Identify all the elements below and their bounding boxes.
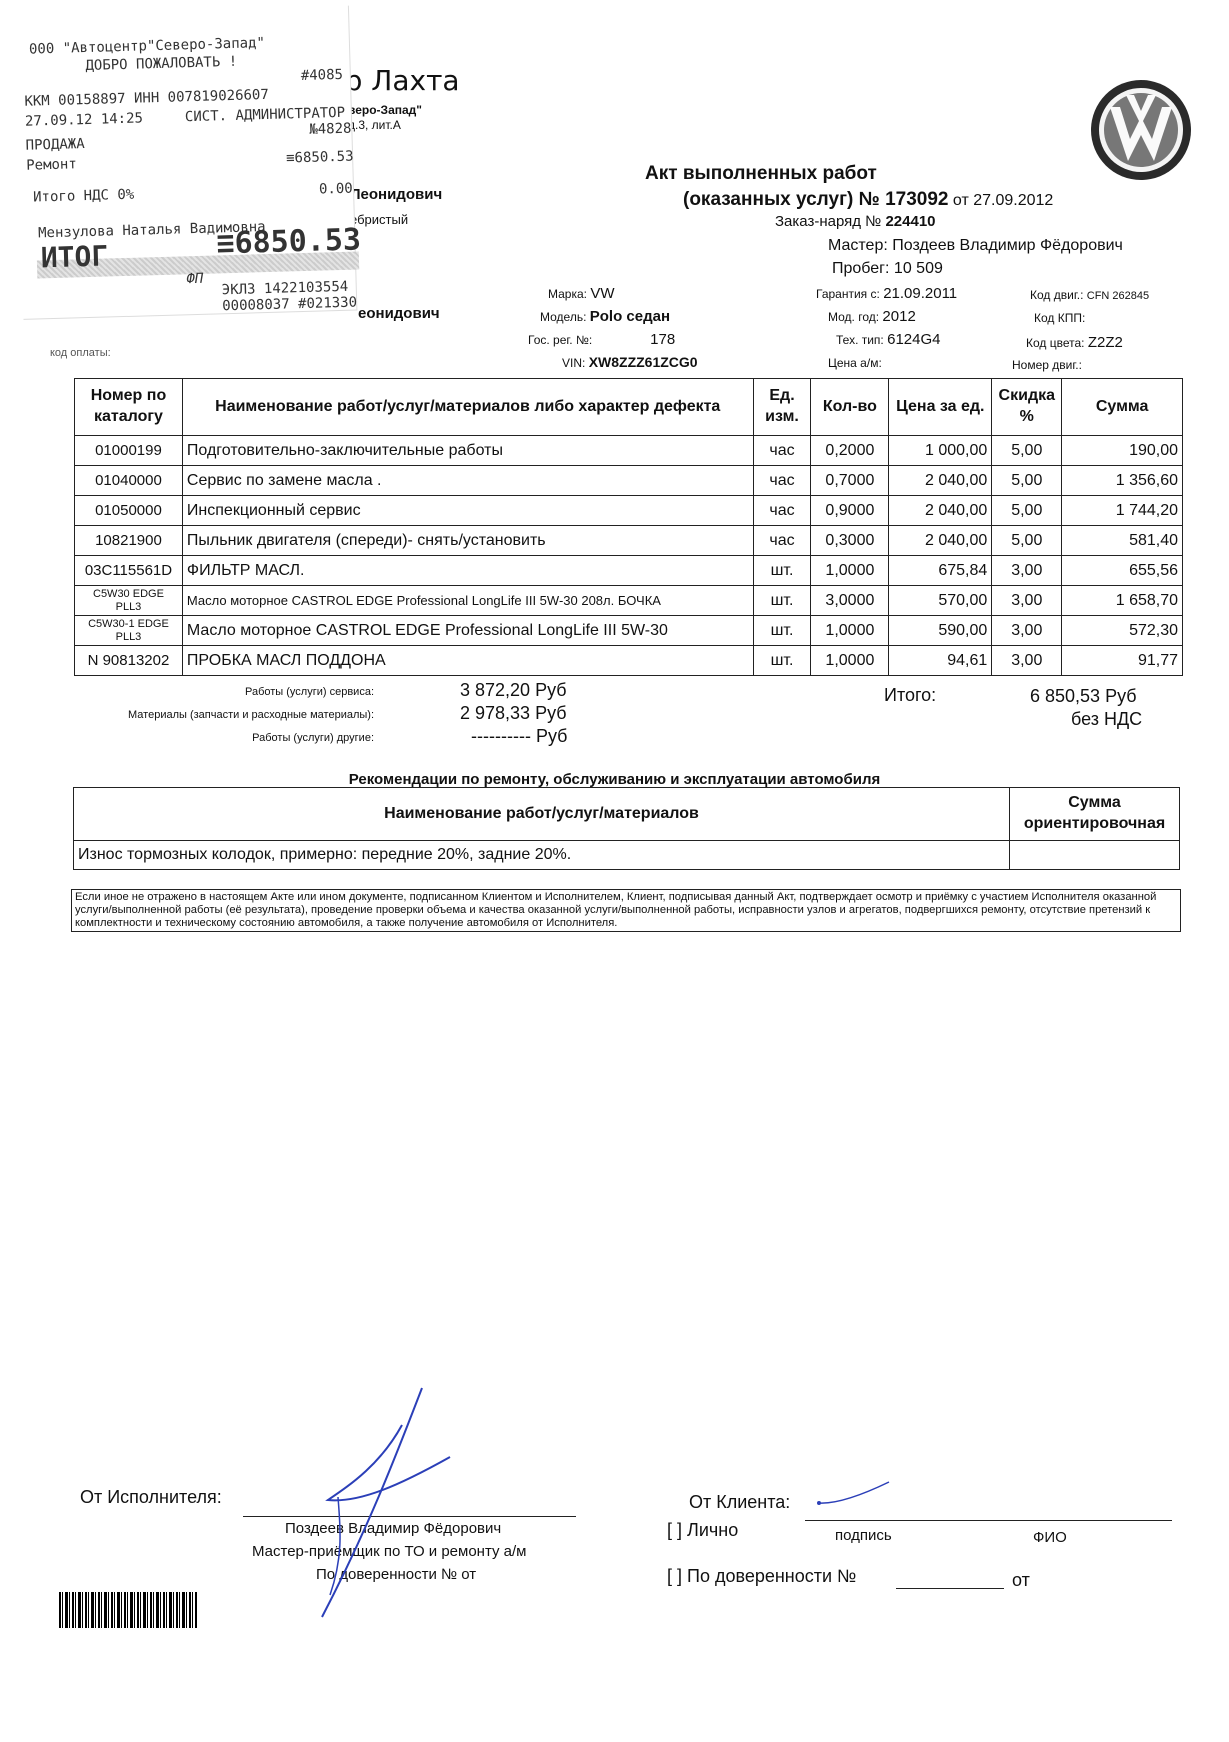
personally-checkbox[interactable]: [ ] Лично bbox=[667, 1520, 738, 1541]
cell-sum: 91,77 bbox=[1062, 646, 1183, 676]
cell-discount: 5,00 bbox=[992, 436, 1062, 466]
car-price-field: Цена а/м: bbox=[828, 356, 882, 370]
receipt-operation: ПРОДАЖА bbox=[25, 136, 84, 154]
cell-discount: 5,00 bbox=[992, 526, 1062, 556]
receipt-number: #4085 bbox=[301, 67, 344, 84]
cell-discount: 3,00 bbox=[992, 586, 1062, 616]
table-row: N 90813202ПРОБКА МАСЛ ПОДДОНАшт.1,000094… bbox=[75, 646, 1183, 676]
engine-number-label: Номер двиг.: bbox=[1012, 358, 1082, 372]
table-row: C5W30-1 EDGE PLL3Масло моторное CASTROL … bbox=[75, 616, 1183, 646]
materials-total-label: Материалы (запчасти и расходные материал… bbox=[74, 709, 374, 721]
work-order-number: 224410 bbox=[885, 213, 935, 230]
tech-type-label: Тех. тип: bbox=[836, 333, 884, 347]
cell-catalog-number: 03C115561D bbox=[75, 556, 183, 586]
table-header-row: Номер по каталогу Наименование работ/усл… bbox=[75, 379, 1183, 436]
cash-receipt: 000 "Автоцентр"Северо-Запад" ДОБРО ПОЖАЛ… bbox=[14, 5, 356, 319]
executor-label: От Исполнителя: bbox=[80, 1487, 222, 1508]
make-label: Марка: bbox=[548, 287, 587, 301]
table-row: 03C115561DФИЛЬТР МАСЛ.шт.1,0000675,843,0… bbox=[75, 556, 1183, 586]
year-field: Мод. год: 2012 bbox=[828, 308, 916, 325]
act-number: 173092 bbox=[885, 189, 948, 210]
receipt-kkm: ККМ 00158897 ИНН 007819026607 bbox=[24, 87, 269, 110]
reg-label: Гос. рег. №: bbox=[528, 333, 592, 347]
tech-type-value: 6124G4 bbox=[887, 331, 940, 348]
other-total-label: Работы (услуги) другие: bbox=[74, 732, 374, 744]
receipt-fp: ФП bbox=[186, 271, 203, 287]
warranty-field: Гарантия с: 21.09.2011 bbox=[816, 285, 957, 302]
rec-name: Износ тормозных колодок, примерно: перед… bbox=[74, 841, 1010, 870]
make-value: VW bbox=[590, 285, 614, 302]
vin-label: VIN: bbox=[562, 356, 585, 370]
engine-code-label: Код двиг.: bbox=[1030, 288, 1083, 302]
rec-col-name: Наименование работ/услуг/материалов bbox=[74, 788, 1010, 841]
col-description: Наименование работ/услуг/материалов либо… bbox=[182, 379, 753, 436]
recommendations-header-row: Наименование работ/услуг/материалов Сумм… bbox=[74, 788, 1180, 841]
cell-unit: шт. bbox=[753, 556, 811, 586]
cell-quantity: 1,0000 bbox=[811, 616, 889, 646]
car-price-label: Цена а/м: bbox=[828, 356, 882, 370]
color-code-label: Код цвета: bbox=[1026, 336, 1085, 350]
cell-sum: 190,00 bbox=[1062, 436, 1183, 466]
executor-signature-icon bbox=[300, 1385, 460, 1625]
receipt-vat-amount: 0.00 bbox=[319, 181, 353, 198]
cell-discount: 5,00 bbox=[992, 466, 1062, 496]
cell-quantity: 3,0000 bbox=[811, 586, 889, 616]
cell-description: Подготовительно-заключительные работы bbox=[182, 436, 753, 466]
poa-number-line bbox=[896, 1588, 1004, 1589]
table-row: 01050000Инспекционный сервисчас0,90002 0… bbox=[75, 496, 1183, 526]
cell-description: Масло моторное CASTROL EDGE Professional… bbox=[182, 616, 753, 646]
engine-number-field: Номер двиг.: bbox=[1012, 358, 1082, 372]
signature-caption: подпись bbox=[835, 1527, 892, 1544]
cell-description: Сервис по замене масла . bbox=[182, 466, 753, 496]
master-value: Поздеев Владимир Фёдорович bbox=[892, 237, 1123, 254]
receipt-total-label: ИТОГ bbox=[40, 239, 108, 274]
cell-unit-price: 94,61 bbox=[889, 646, 992, 676]
document-subtitle: (оказанных услуг) № 173092 от 27.09.2012 bbox=[683, 189, 1053, 211]
table-row: 01040000Сервис по замене масла .час0,700… bbox=[75, 466, 1183, 496]
reg-field: Гос. рег. №:178 bbox=[528, 331, 675, 348]
gearbox-label: Код КПП: bbox=[1034, 311, 1085, 325]
cell-quantity: 1,0000 bbox=[811, 646, 889, 676]
cell-description: Инспекционный сервис bbox=[182, 496, 753, 526]
rec-col-sum: Сумма ориентировочная bbox=[1010, 788, 1180, 841]
col-unit: Ед. изм. bbox=[753, 379, 811, 436]
model-label: Модель: bbox=[540, 310, 586, 324]
disclaimer: Если иное не отражено в настоящем Акте и… bbox=[71, 889, 1181, 932]
client-name: Леонидович bbox=[350, 186, 442, 203]
service-total-value: 3 872,20 Руб bbox=[460, 680, 567, 701]
materials-total-value: 2 978,33 Руб bbox=[460, 703, 567, 724]
recommendations-table: Наименование работ/услуг/материалов Сумм… bbox=[73, 787, 1180, 870]
cell-sum: 1 356,60 bbox=[1062, 466, 1183, 496]
receipt-welcome: ДОБРО ПОЖАЛОВАТЬ ! bbox=[85, 54, 237, 74]
engine-code-value: CFN 262845 bbox=[1087, 290, 1149, 302]
cell-quantity: 0,3000 bbox=[811, 526, 889, 556]
master-field: Мастер: Поздеев Владимир Фёдорович bbox=[828, 237, 1123, 255]
vat-note: без НДС bbox=[1071, 709, 1142, 730]
cell-catalog-number: C5W30 EDGE PLL3 bbox=[75, 586, 183, 616]
cell-sum: 572,30 bbox=[1062, 616, 1183, 646]
cell-description: Пыльник двигателя (спереди)- снять/устан… bbox=[182, 526, 753, 556]
cell-discount: 5,00 bbox=[992, 496, 1062, 526]
year-value: 2012 bbox=[882, 308, 915, 325]
work-order: Заказ-наряд № 224410 bbox=[775, 213, 936, 230]
company-legal-name: веро-Запад" bbox=[348, 103, 422, 117]
cell-catalog-number: C5W30-1 EDGE PLL3 bbox=[75, 616, 183, 646]
work-order-label: Заказ-наряд № bbox=[775, 213, 885, 230]
cell-unit: шт. bbox=[753, 616, 811, 646]
receipt-total-amount: ≡6850.53 bbox=[216, 222, 361, 261]
cell-unit: шт. bbox=[753, 646, 811, 676]
col-quantity: Кол-во bbox=[811, 379, 889, 436]
cell-unit-price: 590,00 bbox=[889, 616, 992, 646]
cell-description: Масло моторное CASTROL EDGE Professional… bbox=[182, 586, 753, 616]
col-sum: Сумма bbox=[1062, 379, 1183, 436]
vw-logo-icon bbox=[1088, 77, 1194, 183]
color-code-value: Z2Z2 bbox=[1088, 334, 1123, 351]
receipt-vat-label: Итого НДС 0% bbox=[33, 187, 135, 206]
cell-discount: 3,00 bbox=[992, 646, 1062, 676]
cell-catalog-number: 10821900 bbox=[75, 526, 183, 556]
works-table: Номер по каталогу Наименование работ/усл… bbox=[74, 378, 1183, 676]
document-title: Акт выполненных работ bbox=[645, 163, 877, 185]
other-total-value: ---------- Руб bbox=[471, 726, 567, 747]
mileage-label: Пробег: bbox=[832, 260, 889, 278]
barcode-icon bbox=[59, 1592, 197, 1628]
warranty-value: 21.09.2011 bbox=[883, 285, 957, 302]
recommendation-row: Износ тормозных колодок, примерно: перед… bbox=[74, 841, 1180, 870]
cell-unit: час bbox=[753, 466, 811, 496]
mileage-field: Пробег: 10 509 bbox=[832, 260, 943, 278]
client-signature-line bbox=[805, 1520, 1172, 1521]
engine-code-field: Код двиг.: CFN 262845 bbox=[1030, 288, 1149, 302]
make-field: Марка: VW bbox=[548, 285, 615, 302]
cell-unit-price: 1 000,00 bbox=[889, 436, 992, 466]
cell-unit: шт. bbox=[753, 586, 811, 616]
cell-sum: 1 658,70 bbox=[1062, 586, 1183, 616]
receipt-item-amount: ≡6850.53 bbox=[286, 149, 354, 167]
recommendations-title: Рекомендации по ремонту, обслуживанию и … bbox=[0, 771, 1229, 788]
service-total-label: Работы (услуги) сервиса: bbox=[74, 686, 374, 698]
col-catalog: Номер по каталогу bbox=[75, 379, 183, 436]
cell-unit: час bbox=[753, 436, 811, 466]
cell-catalog-number: 01050000 bbox=[75, 496, 183, 526]
receipt-eklz-number: 00008037 #021330 bbox=[222, 295, 357, 315]
vin-value: XW8ZZZ61ZCG0 bbox=[589, 354, 698, 370]
cell-unit-price: 675,84 bbox=[889, 556, 992, 586]
cell-catalog-number: 01040000 bbox=[75, 466, 183, 496]
cell-unit-price: 2 040,00 bbox=[889, 496, 992, 526]
col-discount: Скидка % bbox=[992, 379, 1062, 436]
vin-field: VIN: XW8ZZZ61ZCG0 bbox=[562, 354, 698, 370]
poa-from: от bbox=[1012, 1570, 1030, 1591]
tech-type-field: Тех. тип: 6124G4 bbox=[836, 331, 941, 348]
cell-sum: 655,56 bbox=[1062, 556, 1183, 586]
receipt-item-label: Ремонт bbox=[26, 156, 77, 173]
payment-code-label: код оплаты: bbox=[50, 347, 111, 359]
cell-discount: 3,00 bbox=[992, 616, 1062, 646]
cell-description: ФИЛЬТР МАСЛ. bbox=[182, 556, 753, 586]
cell-catalog-number: 01000199 bbox=[75, 436, 183, 466]
color-code-field: Код цвета: Z2Z2 bbox=[1026, 334, 1123, 351]
fio-caption: ФИО bbox=[1033, 1529, 1067, 1546]
table-row: C5W30 EDGE PLL3Масло моторное CASTROL ED… bbox=[75, 586, 1183, 616]
receipt-doc-number: №4828 bbox=[309, 121, 352, 138]
act-date: от 27.09.2012 bbox=[948, 192, 1053, 209]
rec-sum bbox=[1010, 841, 1180, 870]
cell-unit: час bbox=[753, 496, 811, 526]
model-field: Модель: Polo седан bbox=[540, 308, 670, 325]
cell-catalog-number: N 90813202 bbox=[75, 646, 183, 676]
client-signature-icon bbox=[815, 1478, 895, 1508]
company-address: д.3, лит.А bbox=[348, 118, 401, 132]
cell-unit-price: 570,00 bbox=[889, 586, 992, 616]
cell-unit: час bbox=[753, 526, 811, 556]
table-row: 01000199Подготовительно-заключительные р… bbox=[75, 436, 1183, 466]
cell-description: ПРОБКА МАСЛ ПОДДОНА bbox=[182, 646, 753, 676]
table-row: 10821900Пыльник двигателя (спереди)- сня… bbox=[75, 526, 1183, 556]
grand-total-label: Итого: bbox=[884, 685, 936, 706]
client-label: От Клиента: bbox=[689, 1492, 790, 1513]
poa-checkbox[interactable]: [ ] По доверенности № bbox=[667, 1566, 856, 1587]
mileage-value: 10 509 bbox=[894, 260, 943, 277]
col-unit-price: Цена за ед. bbox=[889, 379, 992, 436]
receipt-datetime: 27.09.12 14:25 bbox=[25, 110, 143, 129]
cell-quantity: 0,9000 bbox=[811, 496, 889, 526]
master-label: Мастер: bbox=[828, 237, 888, 255]
cell-unit-price: 2 040,00 bbox=[889, 466, 992, 496]
year-label: Мод. год: bbox=[828, 310, 879, 324]
cell-sum: 1 744,20 bbox=[1062, 496, 1183, 526]
payer-name: еонидович bbox=[358, 305, 440, 322]
cell-sum: 581,40 bbox=[1062, 526, 1183, 556]
gearbox-field: Код КПП: bbox=[1034, 311, 1085, 325]
warranty-label: Гарантия с: bbox=[816, 287, 880, 301]
cell-quantity: 1,0000 bbox=[811, 556, 889, 586]
grand-total-value: 6 850,53 Руб bbox=[1030, 686, 1137, 707]
cell-quantity: 0,2000 bbox=[811, 436, 889, 466]
model-value: Polo седан bbox=[590, 308, 670, 325]
reg-value: 178 bbox=[650, 331, 675, 348]
cell-quantity: 0,7000 bbox=[811, 466, 889, 496]
document-subtitle-text: (оказанных услуг) № bbox=[683, 189, 885, 210]
cell-unit-price: 2 040,00 bbox=[889, 526, 992, 556]
cell-discount: 3,00 bbox=[992, 556, 1062, 586]
